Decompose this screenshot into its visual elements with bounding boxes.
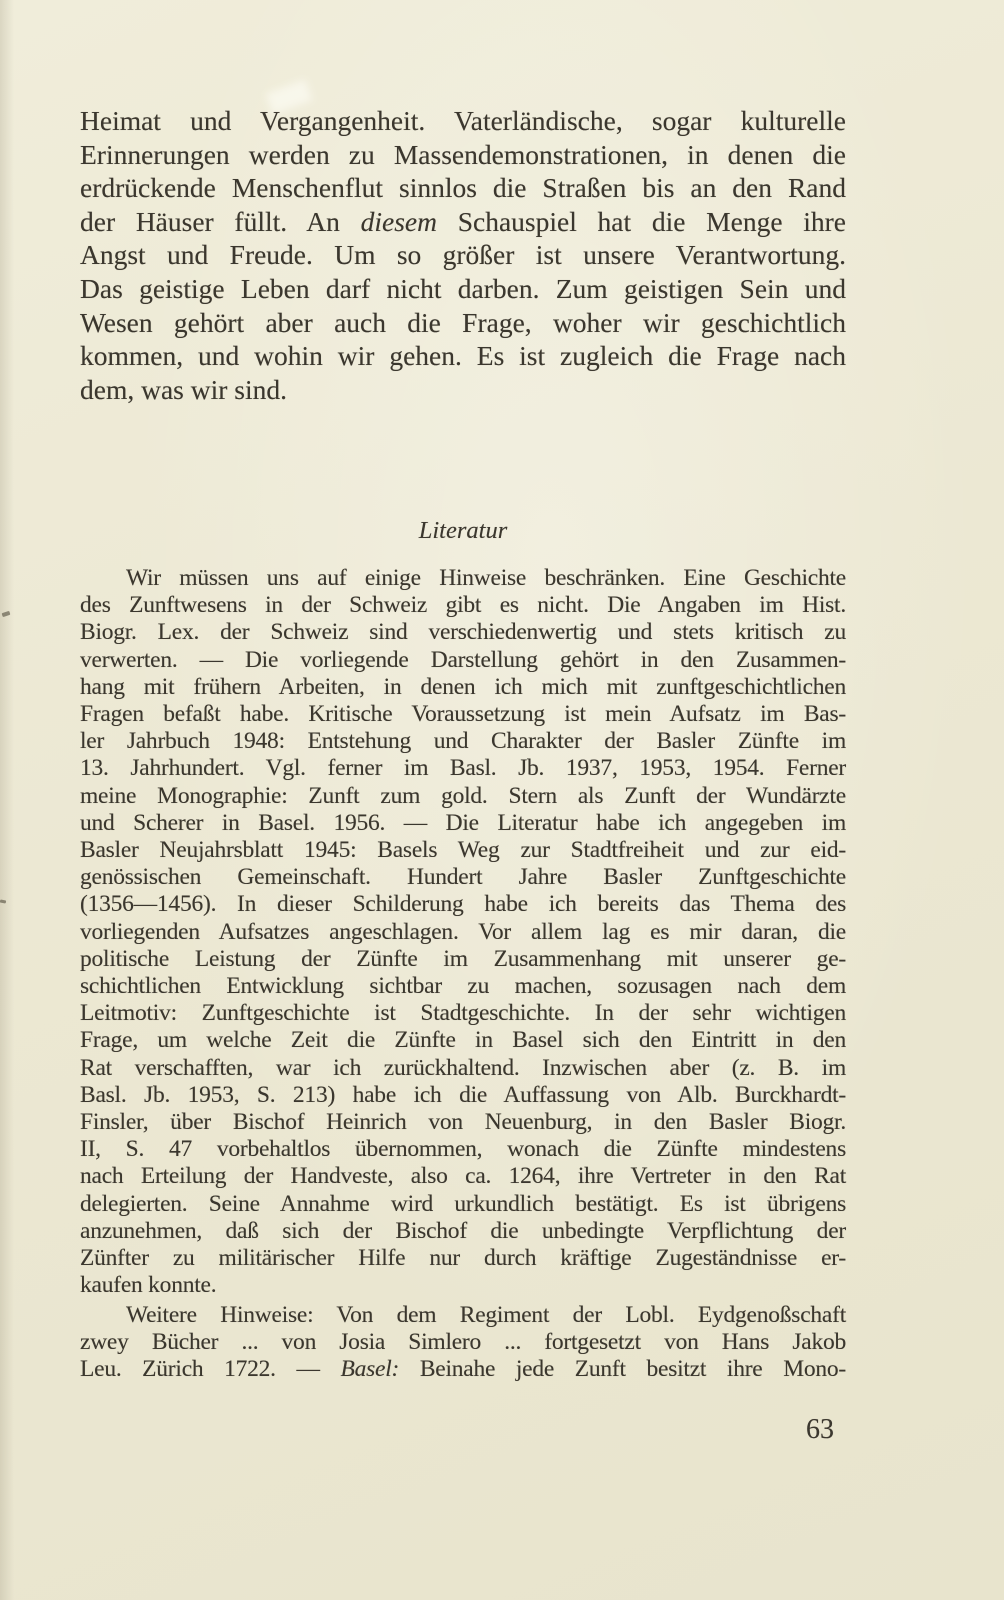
text-line: Basl. Jb. 1953, S. 213) habe ich die Auf…: [80, 1082, 846, 1109]
text-line: II, S. 47 vorbehaltlos übernommen, wonac…: [80, 1136, 846, 1163]
text-line: hang mit frühern Arbeiten, in denen ich …: [80, 674, 846, 701]
text-line: meine Monographie: Zunft zum gold. Stern…: [80, 783, 846, 810]
paragraph-literatur-hinweise: Wir müssen uns auf einige Hinweise besch…: [80, 565, 846, 1299]
text-line: anzunehmen, daß sich der Bischof die unb…: [80, 1218, 846, 1245]
text-line: schichtlichen Entwicklung sichtbar zu ma…: [80, 973, 846, 1000]
paragraph-weitere-hinweise: Weitere Hinweise: Von dem Regiment der L…: [80, 1302, 846, 1384]
text-line: Angst und Freude. Um so größer ist unser…: [80, 238, 846, 272]
text-line: Wesen gehört aber auch die Frage, woher …: [80, 306, 846, 340]
text-line: der Häuser füllt. An diesem Schauspiel h…: [80, 205, 846, 239]
text-line: genössischen Gemeinschaft. Hundert Jahre…: [80, 864, 846, 891]
text-line: Leitmotiv: Zunftgeschichte ist Stadtgesc…: [80, 1000, 846, 1027]
text-line: nach Erteilung der Handveste, also ca. 1…: [80, 1163, 846, 1190]
text-line: Erinnerungen werden zu Massendemonstrati…: [80, 138, 846, 172]
text-line: Leu. Zürich 1722. — Basel: Beinahe jede …: [80, 1356, 846, 1383]
text-line: delegierten. Seine Annahme wird urkundli…: [80, 1191, 846, 1218]
text-line: Finsler, über Bischof Heinrich von Neuen…: [80, 1109, 846, 1136]
text-line: erdrückende Menschenflut sinnlos die Str…: [80, 171, 846, 205]
text-line: (1356—1456). In dieser Schilderung habe …: [80, 891, 846, 918]
text-line: 13. Jahrhundert. Vgl. ferner im Basl. Jb…: [80, 755, 846, 782]
italic-text: diesem: [361, 206, 437, 237]
text-line: kaufen konnte.: [80, 1272, 846, 1299]
text-line: und Scherer in Basel. 1956. — Die Litera…: [80, 810, 846, 837]
text-line: Biogr. Lex. der Schweiz sind verschieden…: [80, 619, 846, 646]
text-line: Wir müssen uns auf einige Hinweise besch…: [80, 565, 846, 592]
text-line: Weitere Hinweise: Von dem Regiment der L…: [80, 1302, 846, 1329]
text-line: zwey Bücher ... von Josia Simlero ... fo…: [80, 1329, 846, 1356]
text-line: Das geistige Leben darf nicht darben. Zu…: [80, 272, 846, 306]
text-line: des Zunftwesens in der Schweiz gibt es n…: [80, 592, 846, 619]
text-line: Frage, um welche Zeit die Zünfte in Base…: [80, 1027, 846, 1054]
book-page-scan: Heimat und Vergangenheit. Vaterländische…: [0, 0, 1004, 1600]
text-line: dem, was wir sind.: [80, 373, 846, 407]
text-line: ler Jahrbuch 1948: Entstehung und Charak…: [80, 728, 846, 755]
text-line: Rat verschafften, war ich zurückhaltend.…: [80, 1055, 846, 1082]
text-line: Fragen befaßt habe. Kritische Voraussetz…: [80, 701, 846, 728]
text-line: politische Leistung der Zünfte im Zusamm…: [80, 946, 846, 973]
text-line: Heimat und Vergangenheit. Vaterländische…: [80, 104, 846, 138]
scan-edge-shadow: [0, 0, 14, 1600]
paragraph-intro: Heimat und Vergangenheit. Vaterländische…: [80, 104, 846, 406]
text-line: verwerten. — Die vorliegende Darstellung…: [80, 647, 846, 674]
italic-text: Basel:: [340, 1356, 399, 1382]
text-line: kommen, und wohin wir gehen. Es ist zugl…: [80, 339, 846, 373]
text-line: Zünfter zu militärischer Hilfe nur durch…: [80, 1245, 846, 1272]
text-line: vorliegenden Aufsatzes angeschlagen. Vor…: [80, 919, 846, 946]
page-number: 63: [806, 1413, 834, 1447]
section-heading-literatur: Literatur: [80, 516, 846, 546]
text-line: Basler Neujahrsblatt 1945: Basels Weg zu…: [80, 837, 846, 864]
